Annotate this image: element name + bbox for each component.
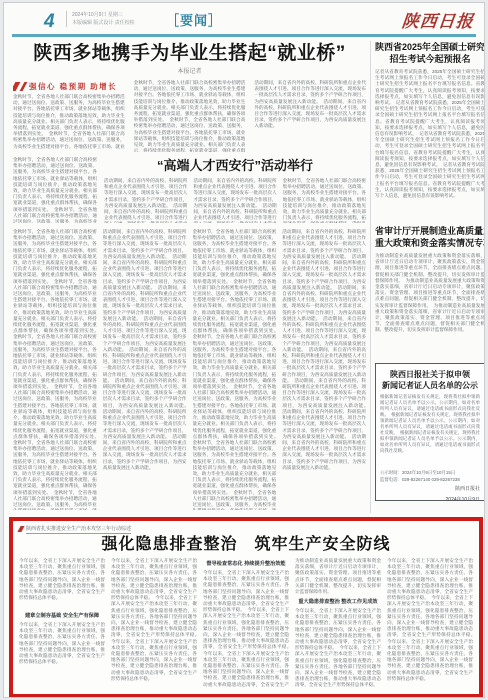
- notice-title: 新闻记者证人员名单的公示: [380, 380, 480, 391]
- lead-body-continued: 金秋时节，全省各地人社部门联合高校密集举办招聘活动，通过送岗位、送政策、送服务，…: [13, 229, 366, 510]
- text-column: 为推动制造业高质量发展重大政策和资金落实落细，省审计厅近日启动专项审计，聚焦政策…: [295, 558, 381, 689]
- lead-body: 强信心 稳预期 助增长 金秋时节，全省各地人社部门联合高校密集举办招聘活动，通过…: [13, 80, 366, 152]
- exam-article-headline: 陕西省2025年全国硕士研究生: [375, 41, 485, 53]
- campaign-tag: 强信心 稳预期 助增长: [13, 80, 125, 92]
- second-article: 金秋时节，全省各地人社部门联合高校密集举办招聘活动，通过送岗位、送政策、送服务，…: [13, 157, 366, 223]
- newspaper-page: 4 2024年10月9日 星期三 本版编辑 版式设计 责任校检 ［要闻］ 陕西日…: [3, 2, 485, 698]
- notice-date: 2024年10月9日: [380, 497, 480, 502]
- header-rule: [12, 34, 476, 37]
- exam-article-headline: 招生考试今起预报名: [375, 53, 485, 65]
- text-column: 强信心 稳预期 助增长 金秋时节，全省各地人社部门联合高校密集举办招聘活动，通过…: [13, 80, 125, 152]
- text-column: 为推动制造业高质量发展重大政策和资金落实落细，省审计厅近日启动专项审计，聚焦政策…: [375, 253, 485, 357]
- body-text: 今年以来，全省上下深入开展安全生产治本攻坚三年行动，聚焦重点行业领域，强化隐患排…: [295, 608, 381, 688]
- lead-headline: 陕西多地携手为毕业生搭起“就业桥”: [13, 41, 366, 67]
- section-label: ［要闻］: [166, 10, 222, 29]
- body-text: 金秋时节，全省各地人社部门联合高校密集举办招聘活动，通过送岗位、送政策、送服务，…: [13, 94, 125, 150]
- text-column: 金秋时节，全省各地人社部门联合高校密集举办招聘活动，通过送岗位、送政策、送服务，…: [13, 229, 97, 510]
- right-rail: 陕西省2025年全国硕士研究生 招生考试今起预报名 记者从省教育考试院获悉，20…: [375, 41, 485, 515]
- text-column: 金秋时节，全省各地人社部门联合高校密集举办招聘活动，通过送岗位、送政策、送服务，…: [193, 229, 277, 510]
- notice-signature: 陕西日报社: [380, 486, 480, 494]
- text-column: 金秋时节，全省各地人社部门联合高校密集举办招聘活动，通过送岗位、送政策、送服务，…: [13, 157, 97, 223]
- text-column: 金秋时节，全省各地人社部门联合高校密集举办招聘活动，通过送岗位、送政策、送服务，…: [134, 80, 246, 152]
- body-text: 今年以来，全省上下深入开展安全生产治本攻坚三年行动，聚焦重点行业领域，强化隐患排…: [19, 622, 105, 688]
- page-number: 4: [44, 11, 55, 33]
- text-column: 记者从省教育考试院获悉，2025年全国硕士研究生招生考试网上预报名工作今日启动，…: [375, 69, 485, 219]
- body-text: 今年以来，全省上下深入开展安全生产治本攻坚三年行动，聚焦重点行业领域，强化隐患排…: [203, 570, 289, 688]
- masthead-logo: 陕西日报: [401, 7, 476, 32]
- column-subhead: 重大隐患排查整治 整改工作见成效: [295, 598, 381, 606]
- text-column: 活动期间，来自省内外的高校、科研院所和重点企业代表围绕人才引进、项目合作等进行深…: [254, 80, 366, 152]
- notice-title: 陕西日报社关于拟申领: [380, 369, 480, 380]
- kicker-text: 陕西省扎实推进安全生产治本攻坚三年行动综述: [26, 525, 131, 534]
- column-divider: [370, 41, 371, 513]
- kicker: 陕西省扎实推进安全生产治本攻坚三年行动综述: [19, 524, 473, 534]
- safety-headline: 强化隐患排查整治 筑牢生产安全防线: [19, 534, 473, 556]
- text-column: 金秋时节，全省各地人社部门联合高校密集举办招聘活动，通过送岗位、送政策、送服务，…: [283, 178, 366, 223]
- lead-byline: 本报记者: [13, 67, 366, 78]
- text-column: 今年以来，全省上下深入开展安全生产治本攻坚三年行动，聚焦重点行业领域，强化隐患排…: [19, 558, 105, 689]
- slash-icon: [17, 526, 24, 532]
- second-article-block: “高端人才西安行”活动举行 活动期间，来自省内外的高校、科研院所和重点企业代表围…: [104, 157, 366, 223]
- notice-body: 根据新闻记者证核发有关规定，现将我社拟申领新闻记者证人员名单予以公示。公示期内，…: [380, 394, 480, 470]
- second-headline: “高端人才西安行”活动举行: [104, 157, 366, 175]
- notice-box: 陕西日报社关于拟申领 新闻记者证人员名单的公示 根据新闻记者证核发有关规定，现将…: [375, 363, 485, 501]
- notice-phone: 监督电话：029-82267140 029-82267238: [380, 477, 480, 484]
- text-column: 活动期间，来自省内外的高校、科研院所和重点企业代表围绕人才引进、项目合作等进行深…: [104, 178, 187, 223]
- text-column: 活动期间，来自省内外的高校、科研院所和重点企业代表围绕人才引进、项目合作等进行深…: [193, 178, 276, 223]
- audit-article-headline: 重大政策和资金落实情况专项审计: [375, 237, 485, 249]
- text-column: 督导检查常态化 持续提升整治效能 今年以来，全省上下深入开展安全生产治本攻坚三年…: [203, 558, 289, 689]
- safety-article-body: 今年以来，全省上下深入开展安全生产治本攻坚三年行动，聚焦重点行业领域，强化隐患排…: [19, 558, 473, 689]
- text-column: 今年以来，全省上下深入开展安全生产治本攻坚三年行动，聚焦重点行业领域，强化隐患排…: [387, 558, 473, 689]
- text-column: 今年以来，全省上下深入开展安全生产治本攻坚三年行动，聚焦重点行业领域，强化隐患排…: [111, 558, 197, 689]
- body-text: 为推动制造业高质量发展重大政策和资金落实落细，省审计厅近日启动专项审计，聚焦政策…: [295, 558, 381, 596]
- second-article-body: 活动期间，来自省内外的高校、科研院所和重点企业代表围绕人才引进、项目合作等进行深…: [104, 178, 366, 223]
- text-column: 活动期间，来自省内外的高校、科研院所和重点企业代表围绕人才引进、项目合作等进行深…: [103, 229, 187, 510]
- column-subhead: 建章立制夯基础 安全生产有保障: [19, 612, 105, 620]
- body-text: 今年以来，全省上下深入开展安全生产治本攻坚三年行动，聚焦重点行业领域，强化隐患排…: [19, 558, 105, 610]
- slash-icon: [20, 82, 28, 91]
- lead-article: 陕西多地携手为毕业生搭起“就业桥” 本报记者 强信心 稳预期 助增长 金秋时节，…: [13, 41, 366, 515]
- highlighted-safety-article: 陕西省扎实推进安全生产治本攻坚三年行动综述 强化隐患排查整治 筑牢生产安全防线 …: [9, 517, 483, 698]
- column-subhead: 督导检查常态化 持续提升整治效能: [203, 560, 289, 568]
- text-column: 活动期间，来自省内外的高校、科研院所和重点企业代表围绕人才引进、项目合作等进行深…: [282, 229, 366, 510]
- audit-article-headline: 省审计厅开展制造业高质量发展: [375, 225, 485, 237]
- campaign-tag-label: 强信心 稳预期 助增长: [29, 81, 117, 92]
